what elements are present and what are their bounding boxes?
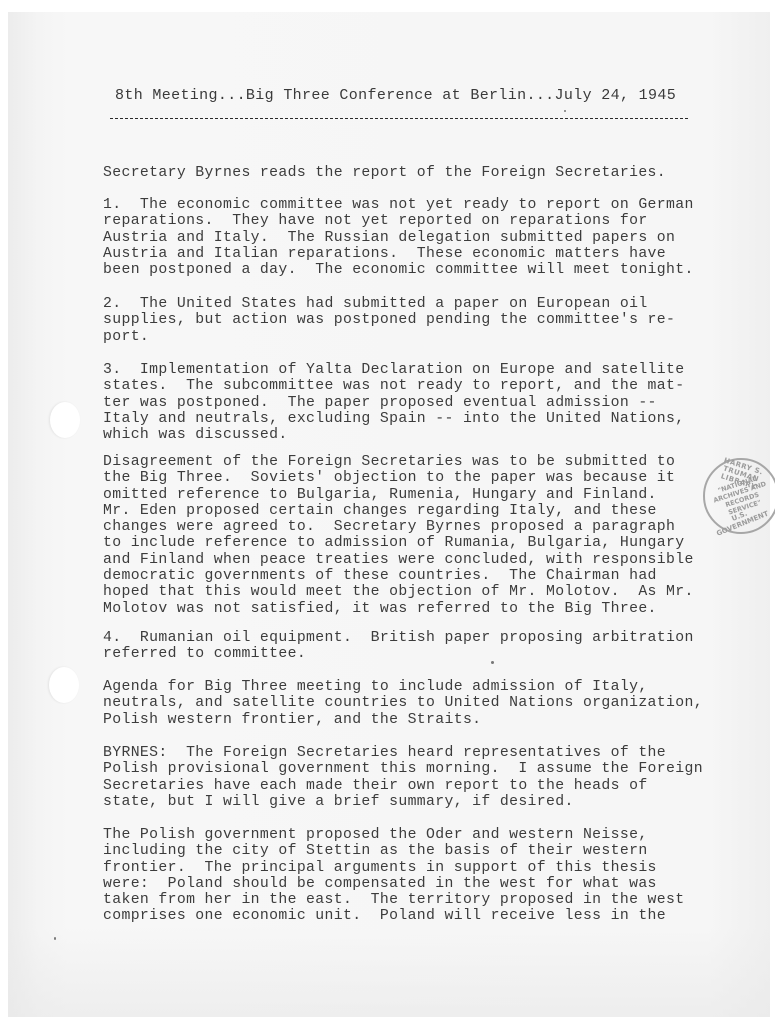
text-line: reparations. They have not yet reported … <box>103 213 694 229</box>
text-line: hoped that this would meet the objection… <box>103 584 694 600</box>
text-line: the Big Three. Soviets' objection to the… <box>103 470 694 486</box>
text-line: including the city of Stettin as the bas… <box>103 843 684 859</box>
text-line: Secretaries have each made their own rep… <box>103 778 703 794</box>
text-line: The Polish government proposed the Oder … <box>103 827 684 843</box>
paper-speck <box>491 661 494 664</box>
text-line: 1. The economic committee was not yet re… <box>103 197 694 213</box>
paragraph-item-1: 1. The economic committee was not yet re… <box>103 197 694 278</box>
punch-hole <box>49 667 79 703</box>
text-line: neutrals, and satellite countries to Uni… <box>103 695 703 711</box>
text-line: democratic governments of these countrie… <box>103 568 694 584</box>
text-line: Agenda for Big Three meeting to include … <box>103 679 703 695</box>
paper-speck <box>564 110 566 112</box>
text-line: 4. Rumanian oil equipment. British paper… <box>103 630 694 646</box>
paragraph-disagreement: Disagreement of the Foreign Secretaries … <box>103 454 694 617</box>
text-line: states. The subcommittee was not ready t… <box>103 378 684 394</box>
text-line: changes were agreed to. Secretary Byrnes… <box>103 519 694 535</box>
paragraph-byrnes: BYRNES: The Foreign Secretaries heard re… <box>103 745 703 810</box>
paragraph-polish-government: The Polish government proposed the Oder … <box>103 827 684 925</box>
paragraph-item-4: 4. Rumanian oil equipment. British paper… <box>103 630 694 663</box>
text-line: Mr. Eden proposed certain changes regard… <box>103 503 694 519</box>
text-line: taken from her in the east. The territor… <box>103 892 684 908</box>
text-line: Molotov was not satisfied, it was referr… <box>103 601 694 617</box>
text-line: referred to committee. <box>103 646 694 662</box>
text-line: Secretary Byrnes reads the report of the… <box>103 165 666 181</box>
text-line: supplies, but action was postponed pendi… <box>103 312 675 328</box>
text-line: omitted reference to Bulgaria, Rumenia, … <box>103 487 694 503</box>
text-line: Disagreement of the Foreign Secretaries … <box>103 454 694 470</box>
text-line: BYRNES: The Foreign Secretaries heard re… <box>103 745 703 761</box>
text-line: ter was postponed. The paper proposed ev… <box>103 395 684 411</box>
text-line: 2. The United States had submitted a pap… <box>103 296 675 312</box>
text-line: to include reference to admission of Rum… <box>103 535 694 551</box>
punch-hole <box>50 402 80 438</box>
document-heading: 8th Meeting...Big Three Conference at Be… <box>115 87 676 104</box>
text-line: frontier. The principal arguments in sup… <box>103 860 684 876</box>
text-line: state, but I will give a brief summary, … <box>103 794 703 810</box>
text-line: Polish western frontier, and the Straits… <box>103 712 703 728</box>
text-line: 3. Implementation of Yalta Declaration o… <box>103 362 684 378</box>
paragraph-agenda: Agenda for Big Three meeting to include … <box>103 679 703 728</box>
paragraph-item-3: 3. Implementation of Yalta Declaration o… <box>103 362 684 443</box>
text-line: Italy and neutrals, excluding Spain -- i… <box>103 411 684 427</box>
text-line: were: Poland should be compensated in th… <box>103 876 684 892</box>
text-line: comprises one economic unit. Poland will… <box>103 908 684 924</box>
text-line: Polish provisional government this morni… <box>103 761 703 777</box>
paper-speck <box>54 937 56 940</box>
archive-stamp: HARRY S. TRUMAN LIBRARY "NATIONAL ARCHIV… <box>703 458 775 534</box>
paragraph-item-2: 2. The United States had submitted a pap… <box>103 296 675 345</box>
text-line: port. <box>103 329 675 345</box>
heading-underline <box>110 118 688 119</box>
text-line: and Finland when peace treaties were con… <box>103 552 694 568</box>
text-line: been postponed a day. The economic commi… <box>103 262 694 278</box>
paragraph-intro: Secretary Byrnes reads the report of the… <box>103 165 666 181</box>
text-line: which was discussed. <box>103 427 684 443</box>
text-line: Austria and Italian reparations. These e… <box>103 246 694 262</box>
text-line: Austria and Italy. The Russian delegatio… <box>103 230 694 246</box>
